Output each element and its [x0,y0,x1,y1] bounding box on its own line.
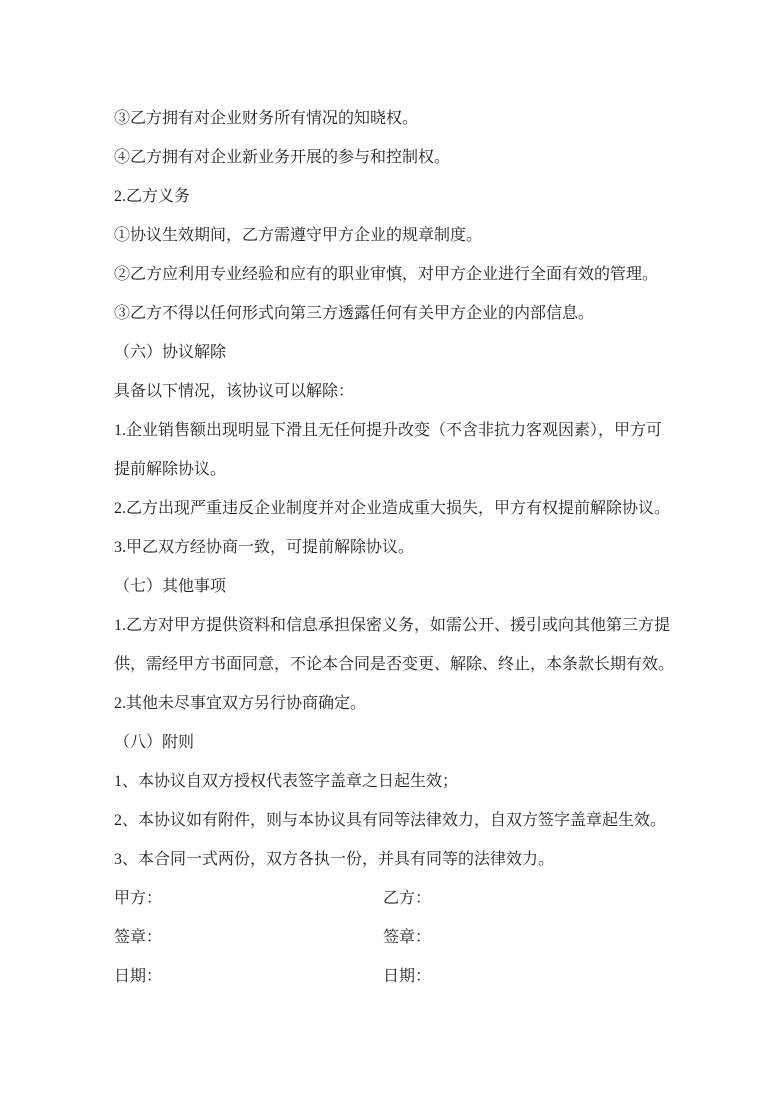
paragraph: 2.其他未尽事宜双方另行协商确定。 [114,684,754,723]
signature-row: 甲方： 乙方： [114,879,754,918]
party-a-seal-label: 签章： [114,918,162,957]
party-b-label: 乙方： [383,879,431,918]
contract-document-page: ③乙方拥有对企业财务所有情况的知晓权。 ④乙方拥有对企业新业务开展的参与和控制权… [0,0,774,1095]
paragraph: 3、本合同一式两份，双方各执一份，并具有同等的法律效力。 [114,840,754,879]
paragraph: 1.企业销售额出现明显下滑且无任何提升改变（不含非抗力客观因素），甲方可 [114,411,754,450]
signature-row: 签章： 签章： [114,918,754,957]
section-heading: （六）协议解除 [114,333,754,372]
paragraph: 3.甲乙双方经协商一致，可提前解除协议。 [114,528,754,567]
section-heading: （七）其他事项 [114,567,754,606]
paragraph: ③乙方拥有对企业财务所有情况的知晓权。 [114,99,754,138]
party-b-seal-label: 签章： [383,918,431,957]
paragraph: 具备以下情况，该协议可以解除： [114,372,754,411]
paragraph: 提前解除协议。 [114,450,754,489]
paragraph: ③乙方不得以任何形式向第三方透露任何有关甲方企业的内部信息。 [114,294,754,333]
paragraph: ④乙方拥有对企业新业务开展的参与和控制权。 [114,138,754,177]
party-a-date-label: 日期： [114,957,162,996]
paragraph: 2.乙方义务 [114,177,754,216]
contract-text-body: ③乙方拥有对企业财务所有情况的知晓权。 ④乙方拥有对企业新业务开展的参与和控制权… [114,99,754,996]
paragraph: ②乙方应利用专业经验和应有的职业审慎，对甲方企业进行全面有效的管理。 [114,255,754,294]
section-heading: （八）附则 [114,723,754,762]
paragraph: 2.乙方出现严重违反企业制度并对企业造成重大损失，甲方有权提前解除协议。 [114,489,754,528]
paragraph: 供，需经甲方书面同意，不论本合同是否变更、解除、终止，本条款长期有效。 [114,645,754,684]
paragraph: ①协议生效期间，乙方需遵守甲方企业的规章制度。 [114,216,754,255]
paragraph: 1、本协议自双方授权代表签字盖章之日起生效； [114,762,754,801]
signature-row: 日期： 日期： [114,957,754,996]
party-a-label: 甲方： [114,879,162,918]
paragraph: 1.乙方对甲方提供资料和信息承担保密义务，如需公开、援引或向其他第三方提 [114,606,754,645]
party-b-date-label: 日期： [383,957,431,996]
paragraph: 2、本协议如有附件，则与本协议具有同等法律效力，自双方签字盖章起生效。 [114,801,754,840]
